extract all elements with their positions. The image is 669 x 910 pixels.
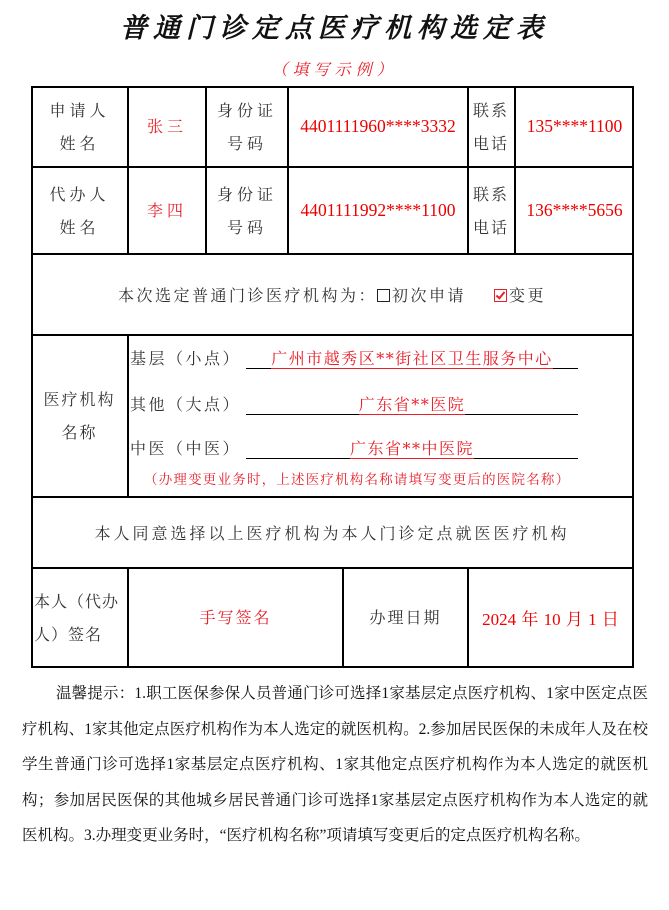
option-change[interactable]: 变更: [494, 283, 546, 306]
table-border: [127, 334, 129, 497]
label-line: 姓名: [59, 211, 99, 244]
label-line: 本人（代办: [34, 585, 119, 618]
date-label: 办理日期: [344, 569, 467, 666]
applicant-phone-field[interactable]: 135****1100: [516, 87, 633, 166]
field-value: 广州市越秀区**街社区卫生服务中心: [271, 349, 553, 369]
agent-name-field[interactable]: 李四: [129, 168, 205, 253]
institution-section-label: 医疗机构 名称: [32, 336, 127, 496]
checkbox-unchecked-icon[interactable]: [377, 289, 390, 302]
form-subtitle: （填写示例）: [0, 57, 669, 80]
signature-field[interactable]: 手写签名: [129, 569, 342, 666]
checkbox-checked-icon[interactable]: [494, 289, 507, 302]
label-line: 联系: [473, 94, 509, 127]
applicant-id-label: 身份证 号码: [207, 87, 287, 166]
institution-field-other[interactable]: 广东省**医院: [246, 392, 578, 415]
institution-field-primary[interactable]: 广州市越秀区**街社区卫生服务中心: [246, 346, 578, 369]
option-first-application[interactable]: 初次申请: [377, 283, 466, 306]
label-line: 身份证: [217, 94, 277, 127]
label-line: 电话: [473, 127, 509, 160]
label-line: 电话: [473, 211, 509, 244]
signature-label: 本人（代办 人）签名: [32, 569, 127, 666]
label-line: 姓名: [59, 127, 99, 160]
table-border: [31, 666, 634, 668]
agent-id-field[interactable]: 4401111992****1100: [288, 168, 468, 253]
selection-prompt: 本次选定普通门诊医疗机构为：: [118, 283, 377, 306]
institution-label-primary: 基层（小点）: [130, 346, 241, 369]
agent-name-label: 代办人 姓名: [32, 168, 127, 253]
label-line: 代办人: [49, 178, 109, 211]
date-field[interactable]: 2024 年 10 月 1 日: [469, 569, 632, 666]
applicant-phone-label: 联系 电话: [468, 87, 514, 166]
agent-phone-label: 联系 电话: [468, 168, 514, 253]
agent-phone-field[interactable]: 136****5656: [516, 168, 633, 253]
field-value: 广东省**医院: [359, 395, 466, 415]
institution-field-tcm[interactable]: 广东省**中医院: [246, 436, 578, 459]
label-line: 联系: [473, 178, 509, 211]
label-line: 申请人: [49, 94, 109, 127]
institution-note: （办理变更业务时，上述医疗机构名称请填写变更后的医院名称）: [144, 468, 570, 488]
applicant-name-field[interactable]: 张三: [129, 87, 205, 166]
consent-statement: 本人同意选择以上医疗机构为本人门诊定点就医医疗机构: [32, 498, 632, 567]
applicant-id-field[interactable]: 4401111960****3332: [288, 87, 468, 166]
notice-text: 温馨提示：1.职工医保参保人员普通门诊可选择1家基层定点医疗机构、1家中医定点医…: [22, 676, 648, 854]
label-line: 名称: [61, 416, 97, 449]
label-line: 号码: [227, 211, 267, 244]
label-line: 医疗机构: [43, 383, 115, 416]
form-title: 普通门诊定点医疗机构选定表: [0, 6, 669, 45]
label-line: 身份证: [217, 178, 277, 211]
label-line: 人）签名: [34, 618, 102, 651]
option-label: 变更: [509, 286, 546, 305]
applicant-name-label: 申请人 姓名: [32, 87, 127, 166]
selection-type-row: 本次选定普通门诊医疗机构为： 初次申请 变更: [32, 255, 632, 334]
option-label: 初次申请: [392, 286, 466, 305]
field-value: 广东省**中医院: [350, 439, 474, 459]
institution-label-tcm: 中医（中医）: [130, 436, 241, 459]
agent-id-label: 身份证 号码: [207, 168, 287, 253]
label-line: 号码: [227, 127, 267, 160]
institution-label-other: 其他（大点）: [130, 392, 241, 415]
